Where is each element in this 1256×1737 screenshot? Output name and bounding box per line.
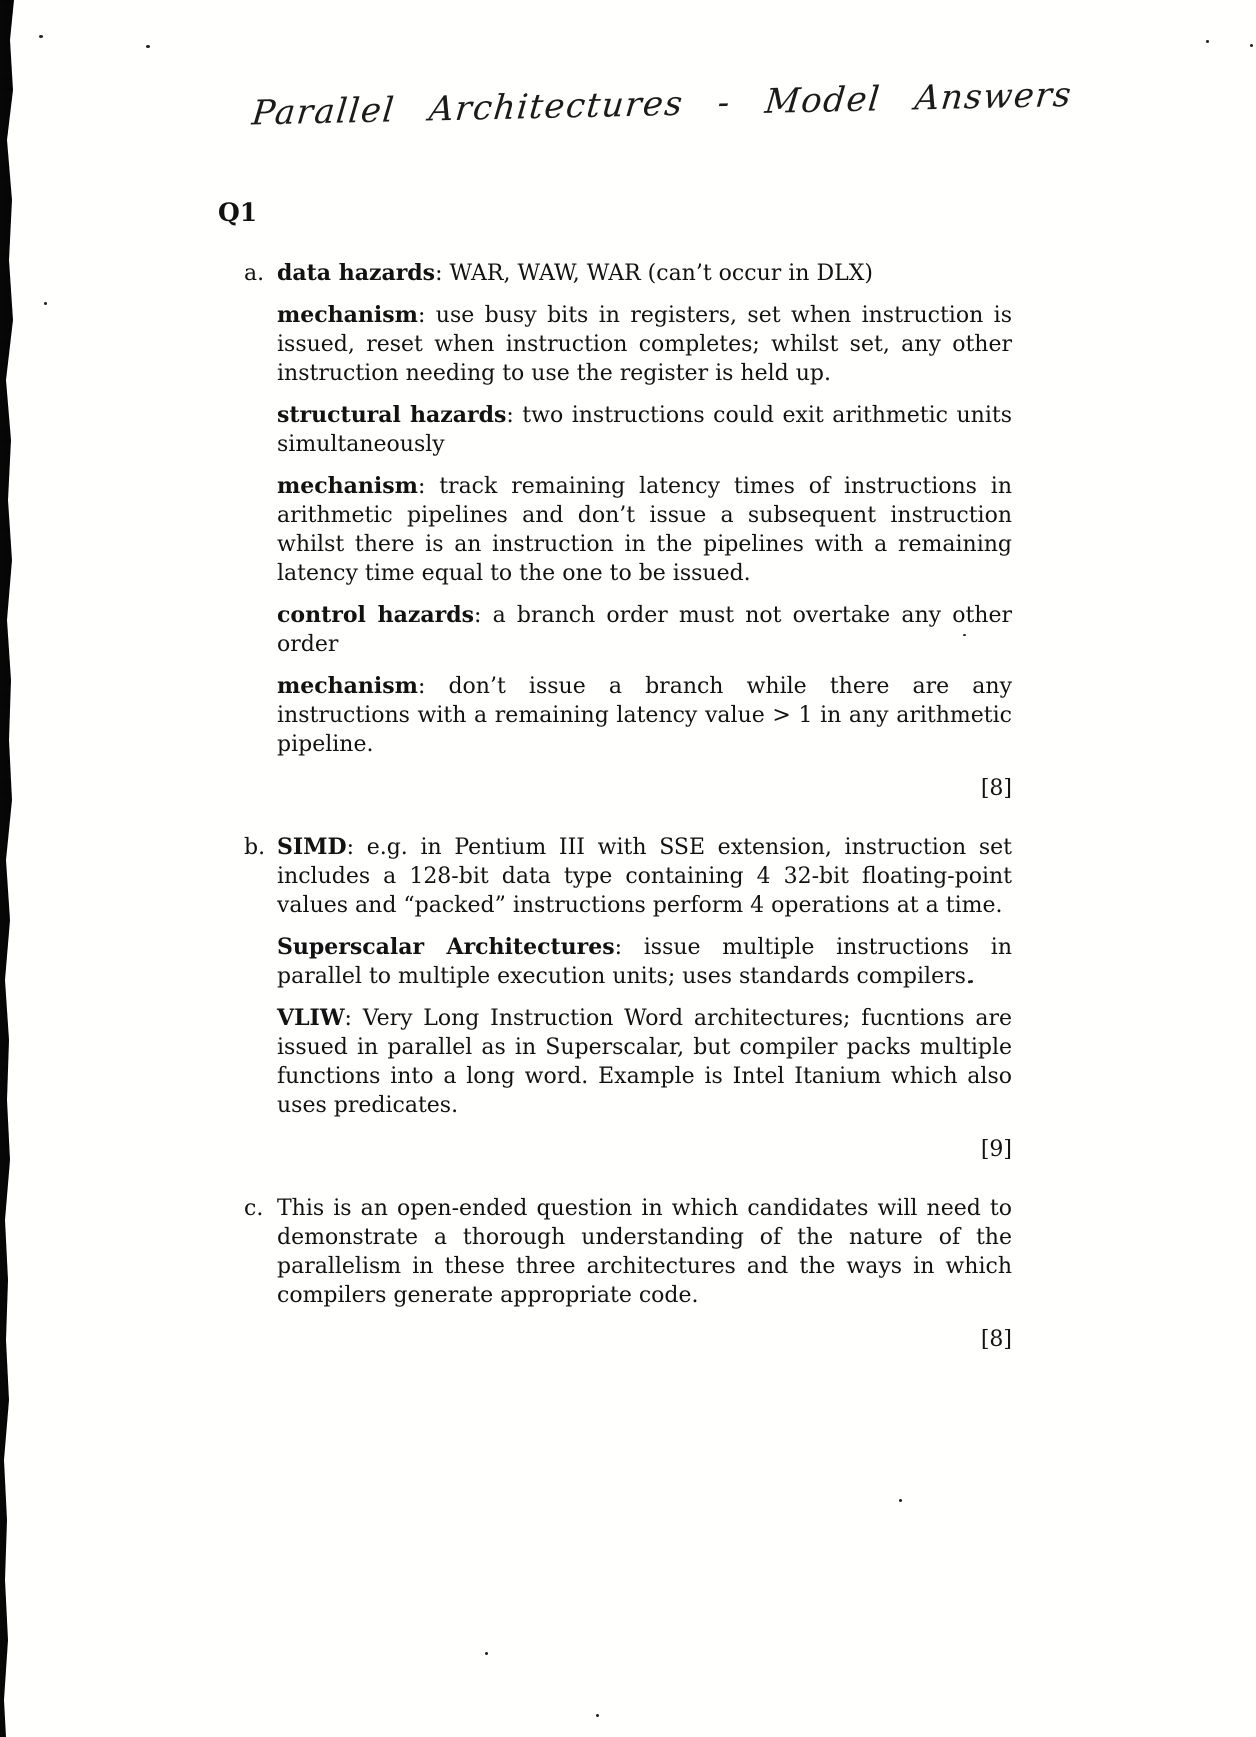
paragraph-text: : WAR, WAW, WAR (can’t occur in DLX): [435, 261, 873, 286]
answers-content: Q1 a. data hazards: WAR, WAW, WAR (can’t…: [218, 198, 1012, 1384]
paragraph: mechanism: don’t issue a branch while th…: [277, 672, 1012, 759]
scan-speck: [39, 35, 43, 38]
answer-part-a: a. data hazards: WAR, WAW, WAR (can’t oc…: [244, 259, 1012, 833]
paragraph-lead: Superscalar Architectures: [277, 934, 615, 960]
scan-speck: [1250, 44, 1253, 47]
paragraph: data hazards: WAR, WAW, WAR (can’t occur…: [277, 259, 1012, 288]
part-body: data hazards: WAR, WAW, WAR (can’t occur…: [277, 259, 1012, 833]
paragraph-lead: structural hazards: [277, 402, 506, 428]
paragraph: structural hazards: two instructions cou…: [277, 401, 1012, 459]
paragraph: Superscalar Architectures: issue multipl…: [277, 933, 1012, 991]
paragraph-lead: mechanism: [277, 302, 418, 328]
paragraph-text: : e.g. in Pentium III with SSE extension…: [277, 835, 1012, 918]
part-label: a.: [244, 259, 277, 833]
answer-part-b: b. SIMD: e.g. in Pentium III with SSE ex…: [244, 833, 1012, 1194]
paragraph: mechanism: track remaining latency times…: [277, 472, 1012, 588]
scan-speck: [485, 1652, 488, 1655]
paragraph-lead: data hazards: [277, 260, 435, 286]
paragraph-lead: VLIW: [277, 1005, 345, 1031]
paragraph: control hazards: a branch order must not…: [277, 601, 1012, 659]
paragraph-text: This is an open-ended question in which …: [277, 1196, 1012, 1308]
marks-badge: [8]: [277, 774, 1012, 803]
answer-part-c: c. This is an open-ended question in whi…: [244, 1194, 1012, 1384]
handwritten-title: Parallel Architectures - Model Answers: [250, 74, 1094, 133]
paragraph-lead: control hazards: [277, 602, 474, 628]
scan-speck: [1206, 40, 1209, 43]
paragraph-lead: SIMD: [277, 834, 347, 860]
question-heading: Q1: [218, 198, 1012, 227]
paragraph-text: : Very Long Instruction Word architectur…: [277, 1006, 1012, 1118]
paragraph: SIMD: e.g. in Pentium III with SSE exten…: [277, 833, 1012, 920]
scan-speck: [899, 1499, 902, 1502]
part-body: SIMD: e.g. in Pentium III with SSE exten…: [277, 833, 1012, 1194]
paragraph: This is an open-ended question in which …: [277, 1194, 1012, 1310]
marks-badge: [8]: [277, 1325, 1012, 1354]
scan-speck: [146, 45, 150, 48]
scan-speck: [44, 302, 47, 305]
part-body: This is an open-ended question in which …: [277, 1194, 1012, 1384]
scanned-document-page: Parallel Architectures - Model Answers Q…: [0, 0, 1256, 1737]
scan-edge-artifact: [0, 0, 16, 1737]
paragraph: VLIW: Very Long Instruction Word archite…: [277, 1004, 1012, 1120]
marks-badge: [9]: [277, 1135, 1012, 1164]
scan-speck: [596, 1714, 599, 1717]
paragraph-lead: mechanism: [277, 673, 418, 699]
paragraph-lead: mechanism: [277, 473, 418, 499]
paragraph: mechanism: use busy bits in registers, s…: [277, 301, 1012, 388]
part-label: c.: [244, 1194, 277, 1384]
part-label: b.: [244, 833, 277, 1194]
